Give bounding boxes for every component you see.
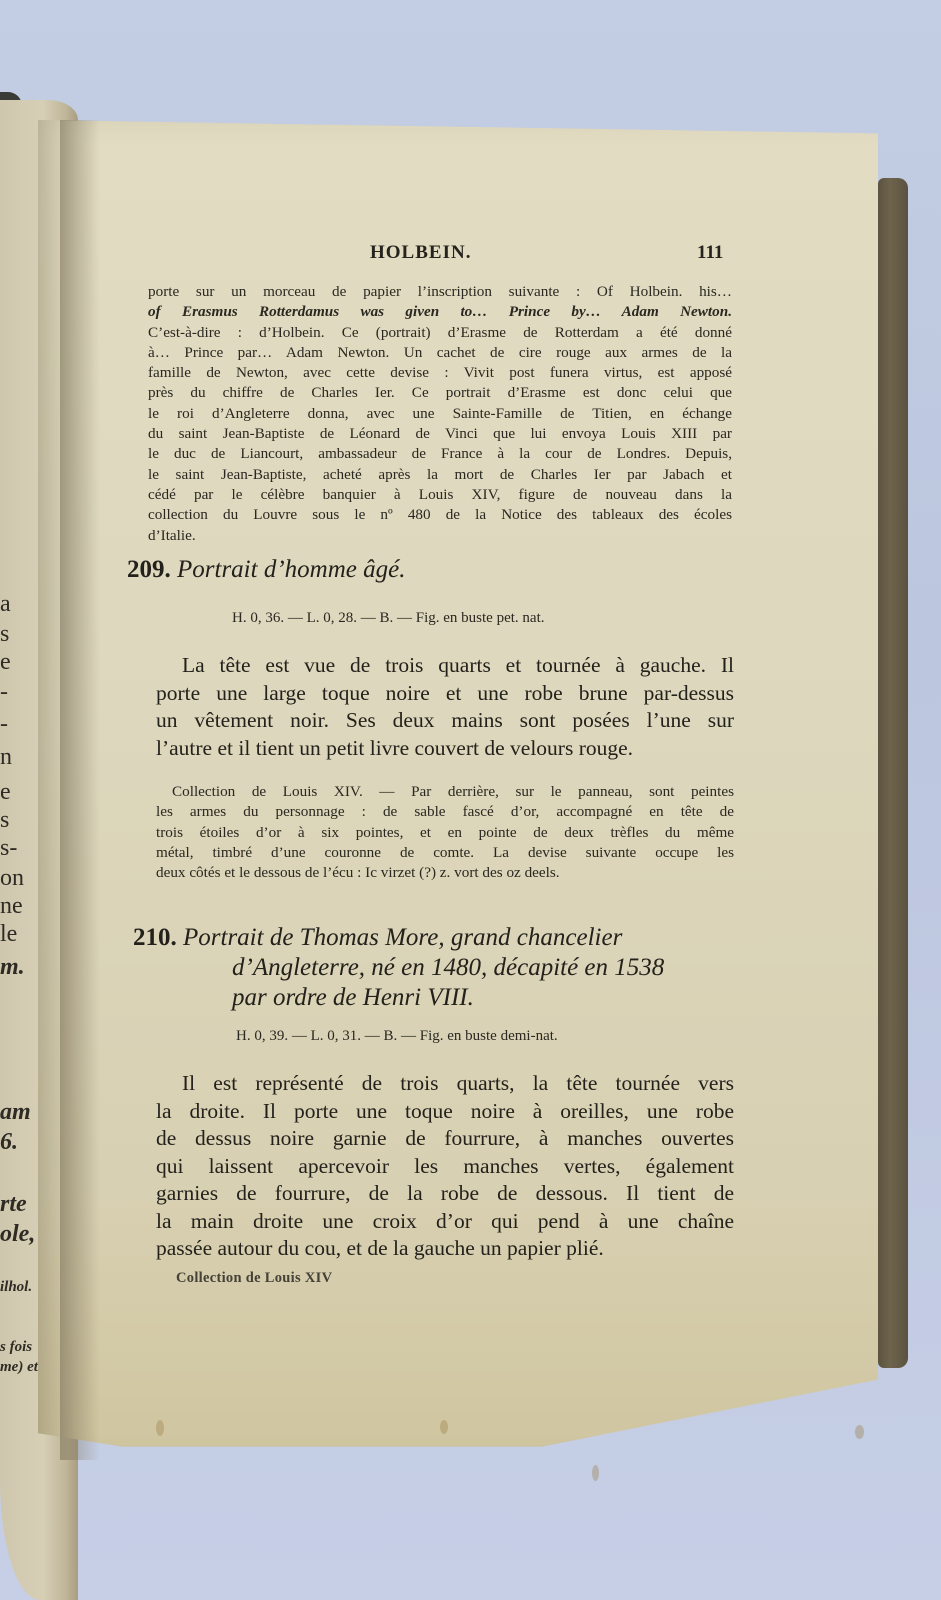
foxing-spot <box>156 1420 164 1436</box>
desc-line: la droite. Il porte une toque noire à or… <box>156 1098 734 1126</box>
note-line: le roi d’Angleterre donna, avec une Sain… <box>148 404 732 424</box>
note-line: collection du Louvre sous le nº 480 de l… <box>148 505 732 525</box>
page-number: 111 <box>697 242 723 264</box>
left-page-fragment: a <box>0 592 11 616</box>
note-line: le duc de Liancourt, ambassadeur de Fran… <box>148 444 732 464</box>
entry-number: 209. <box>127 556 171 583</box>
desc-line: porte une large toque noire et une robe … <box>156 680 734 708</box>
left-page-fragment: ilhol. <box>0 1280 32 1295</box>
note-line: près du chiffre de Charles Ier. Ce portr… <box>148 383 732 403</box>
note-line: Collection de Louis XIV. — Par derrière,… <box>156 782 734 802</box>
continuation-note: porte sur un morceau de papier l’inscrip… <box>148 282 732 546</box>
left-page-fragment: le <box>0 922 17 946</box>
desc-line: un vêtement noir. Ses deux mains sont po… <box>156 707 734 735</box>
note-line: of Erasmus Rotterdamus was given to… Pri… <box>148 302 732 322</box>
desc-line: Il est représenté de trois quarts, la tê… <box>156 1070 734 1098</box>
desc-line: La tête est vue de trois quarts et tourn… <box>156 652 734 680</box>
entry-209-description: La tête est vue de trois quarts et tourn… <box>156 652 734 762</box>
page-block-edge <box>878 178 908 1368</box>
left-page-fragment: rte <box>0 1192 27 1216</box>
left-page-fragment: e <box>0 780 11 804</box>
entry-title: Portrait de Thomas More, grand chancelie… <box>183 924 622 951</box>
left-page-fragment: s <box>0 808 9 832</box>
left-page-fragment: s fois <box>0 1340 32 1355</box>
left-page-fragment: - <box>0 712 8 736</box>
entry-209-dimensions: H. 0, 36. — L. 0, 28. — B. — Fig. en bus… <box>232 610 544 627</box>
note-line: porte sur un morceau de papier l’inscrip… <box>148 282 732 302</box>
entry-210-heading-line-3: par ordre de Henri VIII. <box>232 982 474 1014</box>
entry-209-note: Collection de Louis XIV. — Par derrière,… <box>156 782 734 883</box>
note-line: trois étoiles d’or à six pointes, et en … <box>156 823 734 843</box>
left-page-fragment: on <box>0 866 24 890</box>
note-line: métal, timbré d’une couronne de comte. L… <box>156 843 734 863</box>
desc-line: passée autour du cou, et de la gauche un… <box>156 1235 734 1263</box>
entry-title: Portrait d’homme âgé. <box>177 556 405 583</box>
foxing-spot <box>440 1420 448 1434</box>
left-page-fragment: am <box>0 1100 31 1124</box>
left-page-fragment: ne <box>0 894 23 918</box>
note-line: le saint Jean-Baptiste, acheté après la … <box>148 465 732 485</box>
note-line: deux côtés et le dessous de l’écu : Ic v… <box>156 863 734 883</box>
left-page-fragment: m. <box>0 955 25 979</box>
desc-line: l’autre et il tient un petit livre couve… <box>156 735 734 763</box>
left-page-fragment: s- <box>0 836 17 860</box>
running-head: HOLBEIN. <box>370 242 471 264</box>
entry-210-note-partial: Collection de Louis XIV <box>176 1270 332 1287</box>
gutter-shadow <box>60 120 100 1460</box>
desc-line: qui laissent apercevoir les manches vert… <box>156 1153 734 1181</box>
entry-210-heading: 210. Portrait de Thomas More, grand chan… <box>133 922 622 954</box>
left-page-fragment: ole, <box>0 1222 35 1246</box>
entry-209-heading: 209. Portrait d’homme âgé. <box>127 554 405 586</box>
desc-line: la main droite une croix d’or qui pend à… <box>156 1208 734 1236</box>
note-line: famille de Newton, avec cette devise : V… <box>148 363 732 383</box>
note-line: du saint Jean-Baptiste de Léonard de Vin… <box>148 424 732 444</box>
desc-line: garnies de fourrure, de la robe de desso… <box>156 1180 734 1208</box>
note-line: à… Prince par… Adam Newton. Un cachet de… <box>148 343 732 363</box>
left-page-fragment: me) et <box>0 1360 38 1375</box>
left-page-fragment: s <box>0 622 9 646</box>
entry-210-dimensions: H. 0, 39. — L. 0, 31. — B. — Fig. en bus… <box>236 1028 558 1045</box>
left-page-fragment: - <box>0 680 8 704</box>
note-line: les armes du personnage : de sable fascé… <box>156 802 734 822</box>
entry-title: d’Angleterre, né en 1480, décapité en 15… <box>232 954 664 981</box>
foxing-spot <box>855 1425 864 1439</box>
entry-210-heading-line-2: d’Angleterre, né en 1480, décapité en 15… <box>232 952 664 984</box>
left-page-fragment: e <box>0 650 11 674</box>
left-page-fragment: 6. <box>0 1130 18 1154</box>
entry-title: par ordre de Henri VIII. <box>232 984 474 1011</box>
desc-line: de dessus noire garnie de fourrure, à ma… <box>156 1125 734 1153</box>
entry-210-description: Il est représenté de trois quarts, la tê… <box>156 1070 734 1263</box>
foxing-spot <box>592 1465 599 1481</box>
left-page-fragment: n <box>0 745 12 769</box>
entry-number: 210. <box>133 924 177 951</box>
note-line: cédé par le célèbre banquier à Louis XIV… <box>148 485 732 505</box>
note-line: d’Italie. <box>148 526 732 546</box>
note-line: C’est-à-dire : d’Holbein. Ce (portrait) … <box>148 323 732 343</box>
